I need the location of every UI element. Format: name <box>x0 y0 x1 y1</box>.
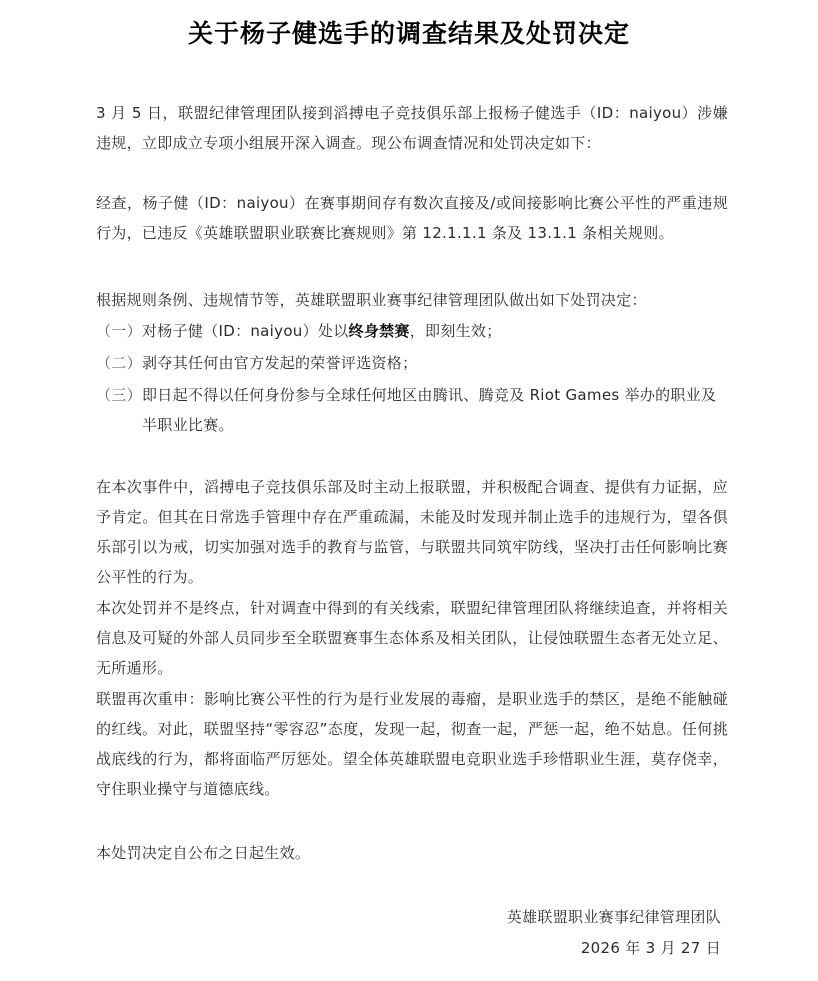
penalty-item-2: （二） 剥夺其任何由官方发起的荣誉评选资格； <box>96 348 728 378</box>
paragraph-club-note: 在本次事件中，滔搏电子竞技俱乐部及时主动上报联盟，并积极配合调查、提供有力证据，… <box>96 472 728 592</box>
penalty-text: 对杨子健（ID：naiyou）处以终身禁赛，即刻生效； <box>142 316 728 346</box>
penalty-number: （二） <box>96 348 142 378</box>
paragraph-decision-lead: 根据规则条例、违规情节等，英雄联盟职业赛事纪律管理团队做出如下处罚决定： <box>96 285 728 315</box>
penalty-emphasis: 终身禁赛 <box>349 322 410 340</box>
penalty-number: （三） <box>96 380 142 440</box>
paragraph-effective: 本处罚决定自公布之日起生效。 <box>96 838 728 868</box>
penalty-text: 剥夺其任何由官方发起的荣誉评选资格； <box>142 348 728 378</box>
signature-date: 2026 年 3 月 27 日 <box>581 933 721 963</box>
paragraph-intro: 3 月 5 日，联盟纪律管理团队接到滔搏电子竞技俱乐部上报杨子健选手（ID：na… <box>96 98 728 158</box>
penalty-item-1: （一） 对杨子健（ID：naiyou）处以终身禁赛，即刻生效； <box>96 316 728 346</box>
document-title: 关于杨子健选手的调查结果及处罚决定 <box>0 16 818 52</box>
penalty-item-3: （三） 即日起不得以任何身份参与全球任何地区由腾讯、腾竞及 Riot Games… <box>96 380 728 440</box>
paragraph-follow-up: 本次处罚并不是终点，针对调查中得到的有关线索，联盟纪律管理团队将继续追查，并将相… <box>96 593 728 683</box>
penalty-text-before: 对杨子健（ID：naiyou）处以 <box>142 322 349 340</box>
paragraph-reiteration: 联盟再次重申：影响比赛公平性的行为是行业发展的毒瘤，是职业选手的禁区，是绝不能触… <box>96 684 728 804</box>
signature-organization: 英雄联盟职业赛事纪律管理团队 <box>507 902 721 932</box>
penalty-text: 即日起不得以任何身份参与全球任何地区由腾讯、腾竞及 Riot Games 举办的… <box>142 380 728 440</box>
penalty-number: （一） <box>96 316 142 346</box>
paragraph-findings: 经查，杨子健（ID：naiyou）在赛事期间存有数次直接及/或间接影响比赛公平性… <box>96 188 728 248</box>
penalty-text-after: ，即刻生效； <box>410 322 502 340</box>
